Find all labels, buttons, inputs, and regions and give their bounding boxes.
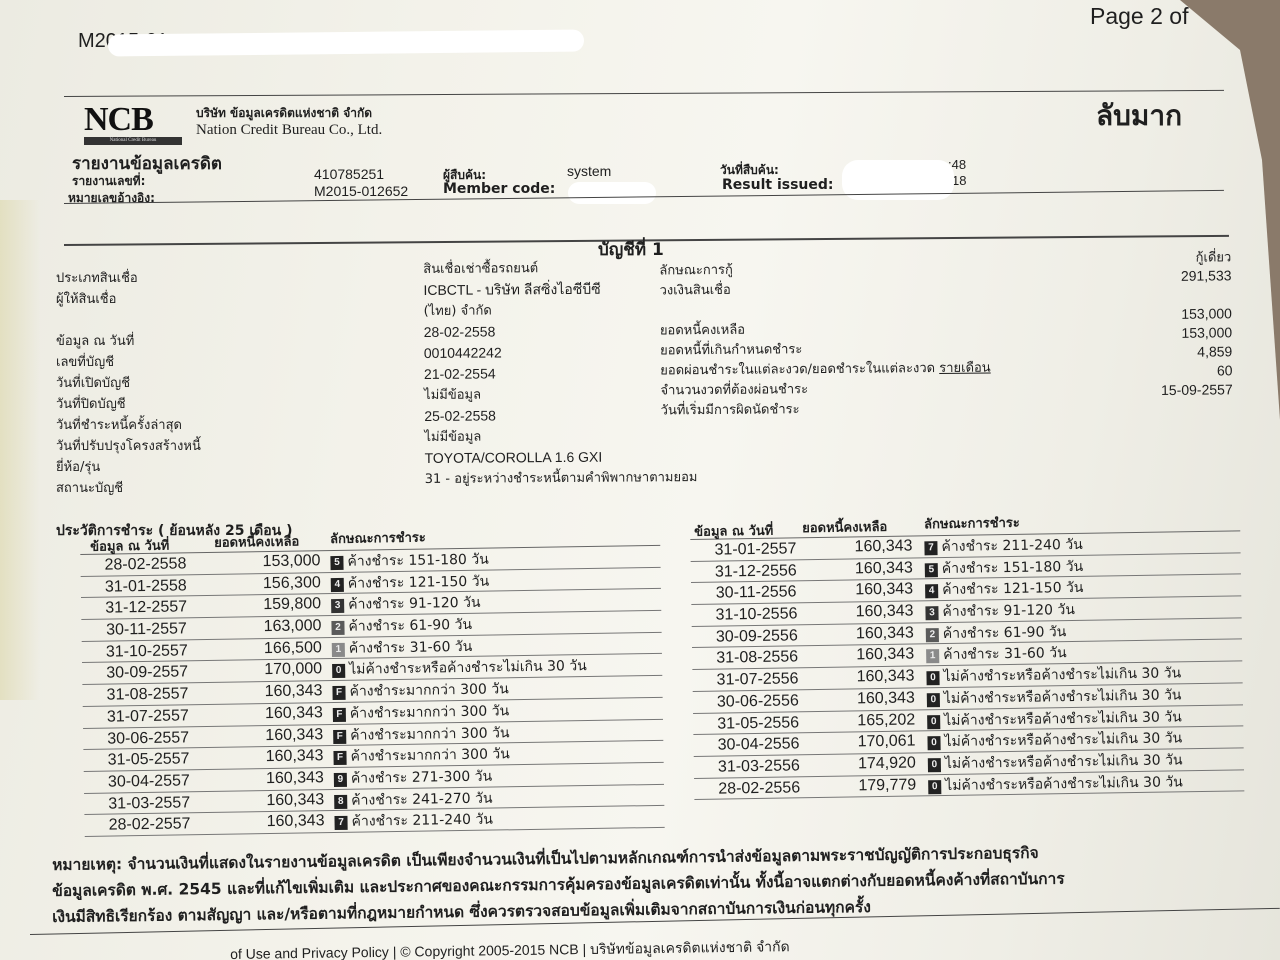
row-date: 28-02-2556 [694, 778, 824, 798]
status-code-badge: 2 [926, 628, 939, 642]
row-balance: 160,343 [856, 646, 914, 665]
row-date: 30-04-2557 [84, 772, 214, 792]
column-header: ลักษณะการชำระ [330, 527, 426, 550]
row-date: 31-08-2557 [82, 685, 212, 705]
row-balance: 160,343 [266, 791, 324, 810]
history-rows-right: 31-01-2557160,3437ค้างชำระ 211-240 วัน31… [690, 531, 1244, 800]
status-code-badge: F [333, 751, 346, 765]
row-balance: 160,343 [855, 559, 913, 578]
company-name-th: บริษัท ข้อมูลเครดิตแห่งชาติ จำกัด [196, 104, 372, 123]
row-date: 31-05-2557 [83, 750, 213, 770]
row-status: 3ค้างชำระ 91-120 วัน [331, 592, 481, 616]
redaction-mark [108, 30, 584, 57]
status-code-badge: 0 [927, 715, 940, 729]
divider [64, 90, 1224, 97]
account-left-values: สินเชื่อเช่าซื้อรถยนต์ ICBCTL - บริษัท ล… [423, 257, 697, 490]
row-status: 2ค้างชำระ 61-90 วัน [926, 621, 1067, 645]
reference-no: M2015-012652 [314, 183, 408, 199]
page-indicator: Page 2 of [1090, 3, 1188, 30]
row-status: 0ไม่ค้างชำระหรือค้างชำระไม่เกิน 30 วัน [928, 771, 1183, 797]
row-balance: 166,500 [264, 639, 322, 658]
row-status: 7ค้างชำระ 211-240 วัน [334, 809, 493, 833]
result-issued-label: Result issued: [722, 177, 834, 193]
row-status: Fค้างชำระมากกว่า 300 วัน [333, 722, 510, 747]
history-table-left: ข้อมูล ณ วันที่ ยอดหนี้คงเหลือ ลักษณะการ… [80, 525, 665, 837]
row-status: 4ค้างชำระ 121-150 วัน [925, 577, 1084, 601]
footer-copyright: of Use and Privacy Policy | © Copyright … [230, 936, 790, 960]
row-balance: 160,343 [266, 769, 324, 788]
row-status: 7ค้างชำระ 211-240 วัน [924, 534, 1083, 558]
row-status: 8ค้างชำระ 241-270 วัน [334, 787, 493, 811]
row-date: 30-11-2556 [691, 583, 821, 603]
row-balance: 170,061 [858, 733, 916, 752]
row-date: 28-02-2557 [84, 815, 214, 835]
row-balance: 160,343 [854, 538, 912, 557]
account-right-labels: ลักษณะการกู้ วงเงินสินเชื่อ ยอดหนี้คงเหล… [659, 259, 991, 422]
row-balance: 160,343 [265, 682, 323, 701]
row-status: 2ค้างชำระ 61-90 วัน [331, 614, 472, 638]
row-status: 3ค้างชำระ 91-120 วัน [925, 599, 1075, 623]
row-date: 31-01-2558 [81, 577, 211, 597]
row-balance: 163,000 [264, 617, 322, 636]
row-date: 31-05-2556 [693, 713, 823, 733]
account-left-labels: ประเภทสินเชื่อ ผู้ให้สินเชื่อ ข้อมูล ณ ว… [56, 268, 201, 499]
status-code-badge: 5 [330, 556, 343, 570]
status-code-badge: 2 [331, 621, 344, 635]
row-date: 30-11-2557 [81, 620, 211, 640]
credit-report-page: M2015-01 Page 2 of NCB National Credit B… [0, 0, 1280, 960]
status-code-badge: 7 [334, 816, 347, 830]
row-balance: 160,343 [856, 603, 914, 622]
ncb-logo: NCB National Credit Bureau [84, 104, 182, 144]
status-code-badge: 0 [927, 736, 940, 750]
inquirer: system [567, 163, 611, 179]
paper-shadow [0, 200, 40, 700]
status-code-badge: 8 [334, 794, 347, 808]
status-code-badge: 3 [331, 599, 344, 613]
status-code-badge: 5 [925, 563, 938, 577]
row-date: 31-12-2556 [691, 562, 821, 582]
row-balance: 159,800 [263, 596, 321, 615]
row-date: 30-09-2556 [692, 627, 822, 647]
row-balance: 160,343 [855, 581, 913, 600]
column-header: ยอดหนี้คงเหลือ [802, 516, 887, 538]
row-status: 9ค้างชำระ 271-300 วัน [334, 765, 493, 789]
status-code-badge: 0 [926, 671, 939, 685]
company-name-en: Nation Credit Bureau Co., Ltd. [196, 122, 382, 139]
row-balance: 170,000 [264, 661, 322, 680]
row-date: 31-03-2556 [694, 757, 824, 777]
row-status: Fค้างชำระมากกว่า 300 วัน [332, 678, 509, 703]
row-date: 31-07-2557 [83, 707, 213, 727]
status-code-badge: 3 [925, 606, 938, 620]
row-balance: 160,343 [857, 689, 915, 708]
row-balance: 160,343 [265, 704, 323, 723]
row-status: 1ค้างชำระ 31-60 วัน [926, 643, 1067, 667]
status-code-badge: 4 [925, 584, 938, 598]
result-issued: 18 [952, 173, 966, 188]
row-status: Fค้างชำระมากกว่า 300 วัน [333, 743, 510, 768]
history-rows-left: 28-02-2558153,0005ค้างชำระ 151-180 วัน31… [80, 546, 664, 837]
column-header: ลักษณะการชำระ [924, 512, 1020, 535]
row-balance: 165,202 [857, 711, 915, 730]
status-code-badge: 0 [928, 758, 941, 772]
status-code-badge: 7 [924, 541, 937, 555]
status-code-badge: 4 [331, 578, 344, 592]
status-code-badge: 0 [928, 780, 941, 794]
row-status: 1ค้างชำระ 31-60 วัน [332, 636, 473, 660]
row-status: Fค้างชำระมากกว่า 300 วัน [333, 700, 510, 725]
status-code-badge: 0 [332, 664, 345, 678]
row-balance: 160,343 [265, 726, 323, 745]
row-date: 31-10-2557 [82, 642, 212, 662]
row-date: 31-01-2557 [690, 540, 820, 560]
row-status: 4ค้างชำระ 121-150 วัน [331, 570, 490, 594]
status-code-badge: F [333, 729, 346, 743]
account-right-values: กู้เดี่ยว 291,533 153,000 153,000 4,859 … [1099, 247, 1233, 400]
status-code-badge: 0 [927, 693, 940, 707]
row-date: 31-10-2556 [691, 605, 821, 625]
row-date: 31-03-2557 [84, 793, 214, 813]
row-date: 30-06-2557 [83, 728, 213, 748]
row-balance: 174,920 [858, 754, 916, 773]
row-balance: 160,343 [266, 747, 324, 766]
row-date: 28-02-2558 [80, 555, 210, 575]
status-code-badge: 1 [332, 643, 345, 657]
report-no: 410785251 [314, 166, 384, 182]
row-status: 5ค้างชำระ 151-180 วัน [330, 549, 489, 573]
classification-label: ลับมาก [1096, 94, 1182, 138]
history-table-right: ข้อมูล ณ วันที่ ยอดหนี้คงเหลือ ลักษณะการ… [690, 510, 1244, 800]
row-balance: 160,343 [856, 624, 914, 643]
row-date: 30-09-2557 [82, 663, 212, 683]
row-date: 31-07-2556 [692, 670, 822, 690]
row-balance: 153,000 [262, 552, 320, 571]
status-code-badge: F [332, 686, 345, 700]
row-balance: 156,300 [263, 574, 321, 593]
row-date: 30-06-2556 [693, 692, 823, 712]
status-code-badge: F [333, 708, 346, 722]
row-status: 5ค้างชำระ 151-180 วัน [925, 556, 1084, 580]
frequency-link: รายเดือน [939, 361, 991, 376]
status-code-badge: 1 [926, 650, 939, 664]
row-balance: 160,343 [857, 668, 915, 687]
row-date: 31-12-2557 [81, 598, 211, 618]
status-code-badge: 9 [334, 773, 347, 787]
member-code-label: Member code: [443, 181, 555, 197]
row-date: 30-04-2556 [693, 735, 823, 755]
reference-label: หมายเลขอ้างอิง: [68, 189, 155, 208]
row-date: 31-08-2556 [692, 648, 822, 668]
column-header: ยอดหนี้คงเหลือ [214, 531, 299, 553]
row-balance: 160,343 [267, 812, 325, 831]
row-balance: 179,779 [858, 776, 916, 795]
redaction-mark [568, 182, 656, 204]
